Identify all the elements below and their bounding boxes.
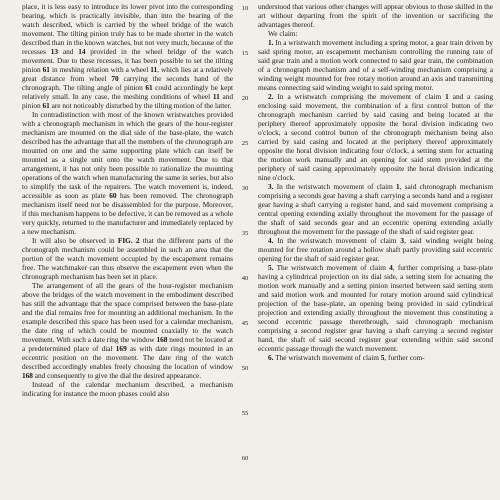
paragraph: 5. The wristwatch movement of claim 4, f… bbox=[258, 263, 493, 353]
line-number-gutter: 1015202530354045505560 bbox=[233, 0, 257, 500]
paragraph: 1. In a wristwatch movement including a … bbox=[258, 38, 493, 92]
paragraph: In contradistinction with most of the kn… bbox=[22, 110, 233, 236]
line-number: 15 bbox=[233, 49, 257, 58]
line-number: 60 bbox=[233, 454, 257, 463]
paragraph: 6. The wristwatch movement of claim 5, f… bbox=[258, 353, 493, 362]
paragraph: understood that various other changes wi… bbox=[258, 2, 493, 29]
line-number: 20 bbox=[233, 94, 257, 103]
line-number: 35 bbox=[233, 229, 257, 238]
patent-page: place, it is less easy to introduce its … bbox=[0, 0, 500, 500]
paragraph: The arrangement of all the gears of the … bbox=[22, 281, 233, 380]
paragraph: It will also be observed in FIG. 2 that … bbox=[22, 236, 233, 281]
left-column: place, it is less easy to introduce its … bbox=[22, 2, 233, 500]
paragraph: Instead of the calendar mechanism descri… bbox=[22, 380, 233, 398]
paragraph: place, it is less easy to introduce its … bbox=[22, 2, 233, 110]
line-number: 45 bbox=[233, 319, 257, 328]
line-number: 40 bbox=[233, 274, 257, 283]
paragraph: 4. In the wristwatch movement of claim 3… bbox=[258, 236, 493, 263]
line-number: 25 bbox=[233, 139, 257, 148]
paragraph: 2. In a wristwatch comprising the moveme… bbox=[258, 92, 493, 182]
line-number: 30 bbox=[233, 184, 257, 193]
line-number: 10 bbox=[233, 4, 257, 13]
line-number: 50 bbox=[233, 364, 257, 373]
right-column: understood that various other changes wi… bbox=[258, 2, 493, 500]
paragraph: We claim: bbox=[258, 29, 493, 38]
paragraph: 3. In the wristwatch movement of claim 1… bbox=[258, 182, 493, 236]
line-number: 55 bbox=[233, 409, 257, 418]
